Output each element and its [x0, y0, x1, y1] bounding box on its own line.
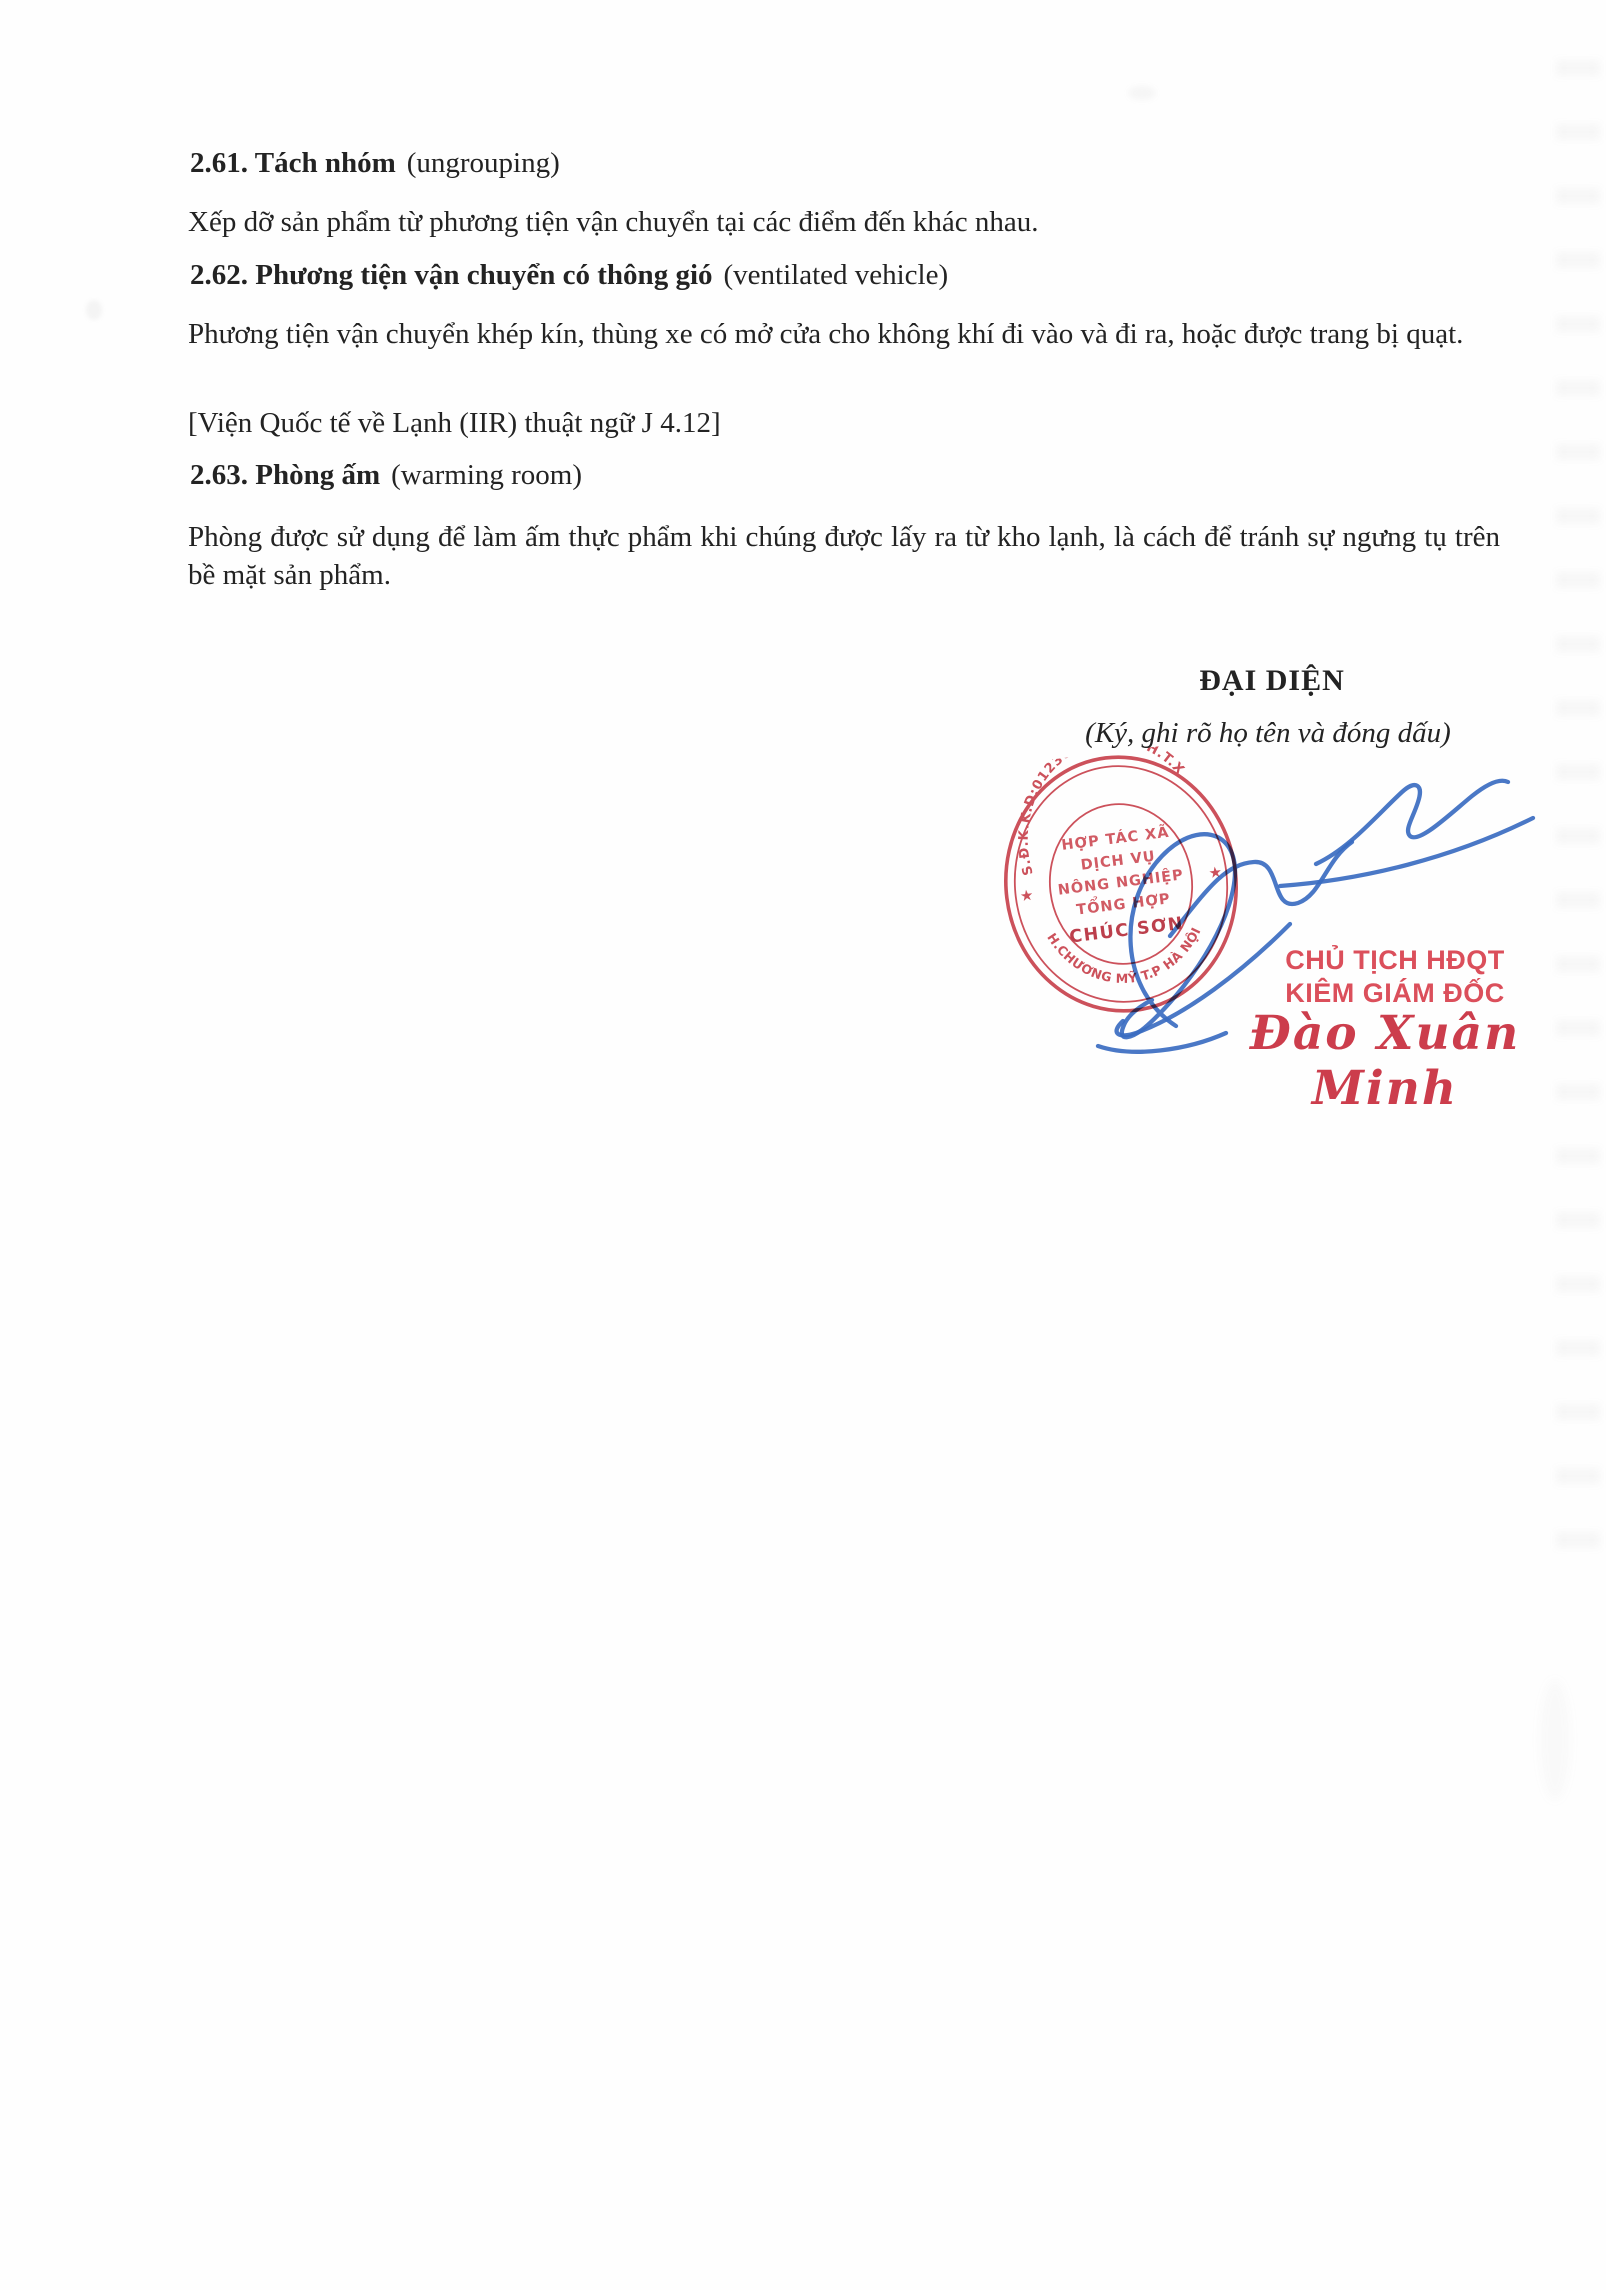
- section-2-61-paragraph: Xếp dỡ sản phẩm từ phương tiện vận chuyể…: [188, 203, 1500, 241]
- section-2-63-paragraph: Phòng được sử dụng để làm ấm thực phẩm k…: [188, 518, 1500, 594]
- signer-role: CHỦ TỊCH HĐQT KIÊM GIÁM ĐỐC: [1258, 944, 1532, 1010]
- heading-term: 2.63. Phòng ấm: [190, 459, 380, 491]
- section-heading-2-61: 2.61. Tách nhóm(ungrouping): [190, 144, 560, 182]
- heading-english-note: (ungrouping): [407, 147, 560, 179]
- section-heading-2-63: 2.63. Phòng ấm(warming room): [190, 456, 582, 494]
- scan-artifact-spot: [1128, 86, 1156, 100]
- scan-artifact-spot: [86, 300, 102, 320]
- heading-term: 2.61. Tách nhóm: [190, 147, 396, 179]
- document-page: 2.61. Tách nhóm(ungrouping) Xếp dỡ sản p…: [0, 0, 1606, 2290]
- scan-artifact-spot: [1540, 1680, 1570, 1800]
- signature-squiggle: [1170, 842, 1352, 936]
- signature-zigzag: [1316, 781, 1508, 864]
- heading-english-note: (warming room): [391, 459, 582, 491]
- representative-title: ĐẠI DIỆN: [1062, 664, 1482, 698]
- signer-role-line-1: CHỦ TỊCH HĐQT: [1258, 944, 1532, 977]
- heading-english-note: (ventilated vehicle): [724, 259, 949, 291]
- heading-term: 2.62. Phương tiện vận chuyển có thông gi…: [190, 259, 713, 291]
- signer-name: Đào Xuân Minh: [1180, 1006, 1590, 1116]
- section-2-62-paragraph: Phương tiện vận chuyển khép kín, thùng x…: [188, 315, 1500, 353]
- section-2-62-reference: [Viện Quốc tế về Lạnh (IIR) thuật ngữ J …: [188, 404, 1500, 442]
- section-heading-2-62: 2.62. Phương tiện vận chuyển có thông gi…: [190, 256, 948, 294]
